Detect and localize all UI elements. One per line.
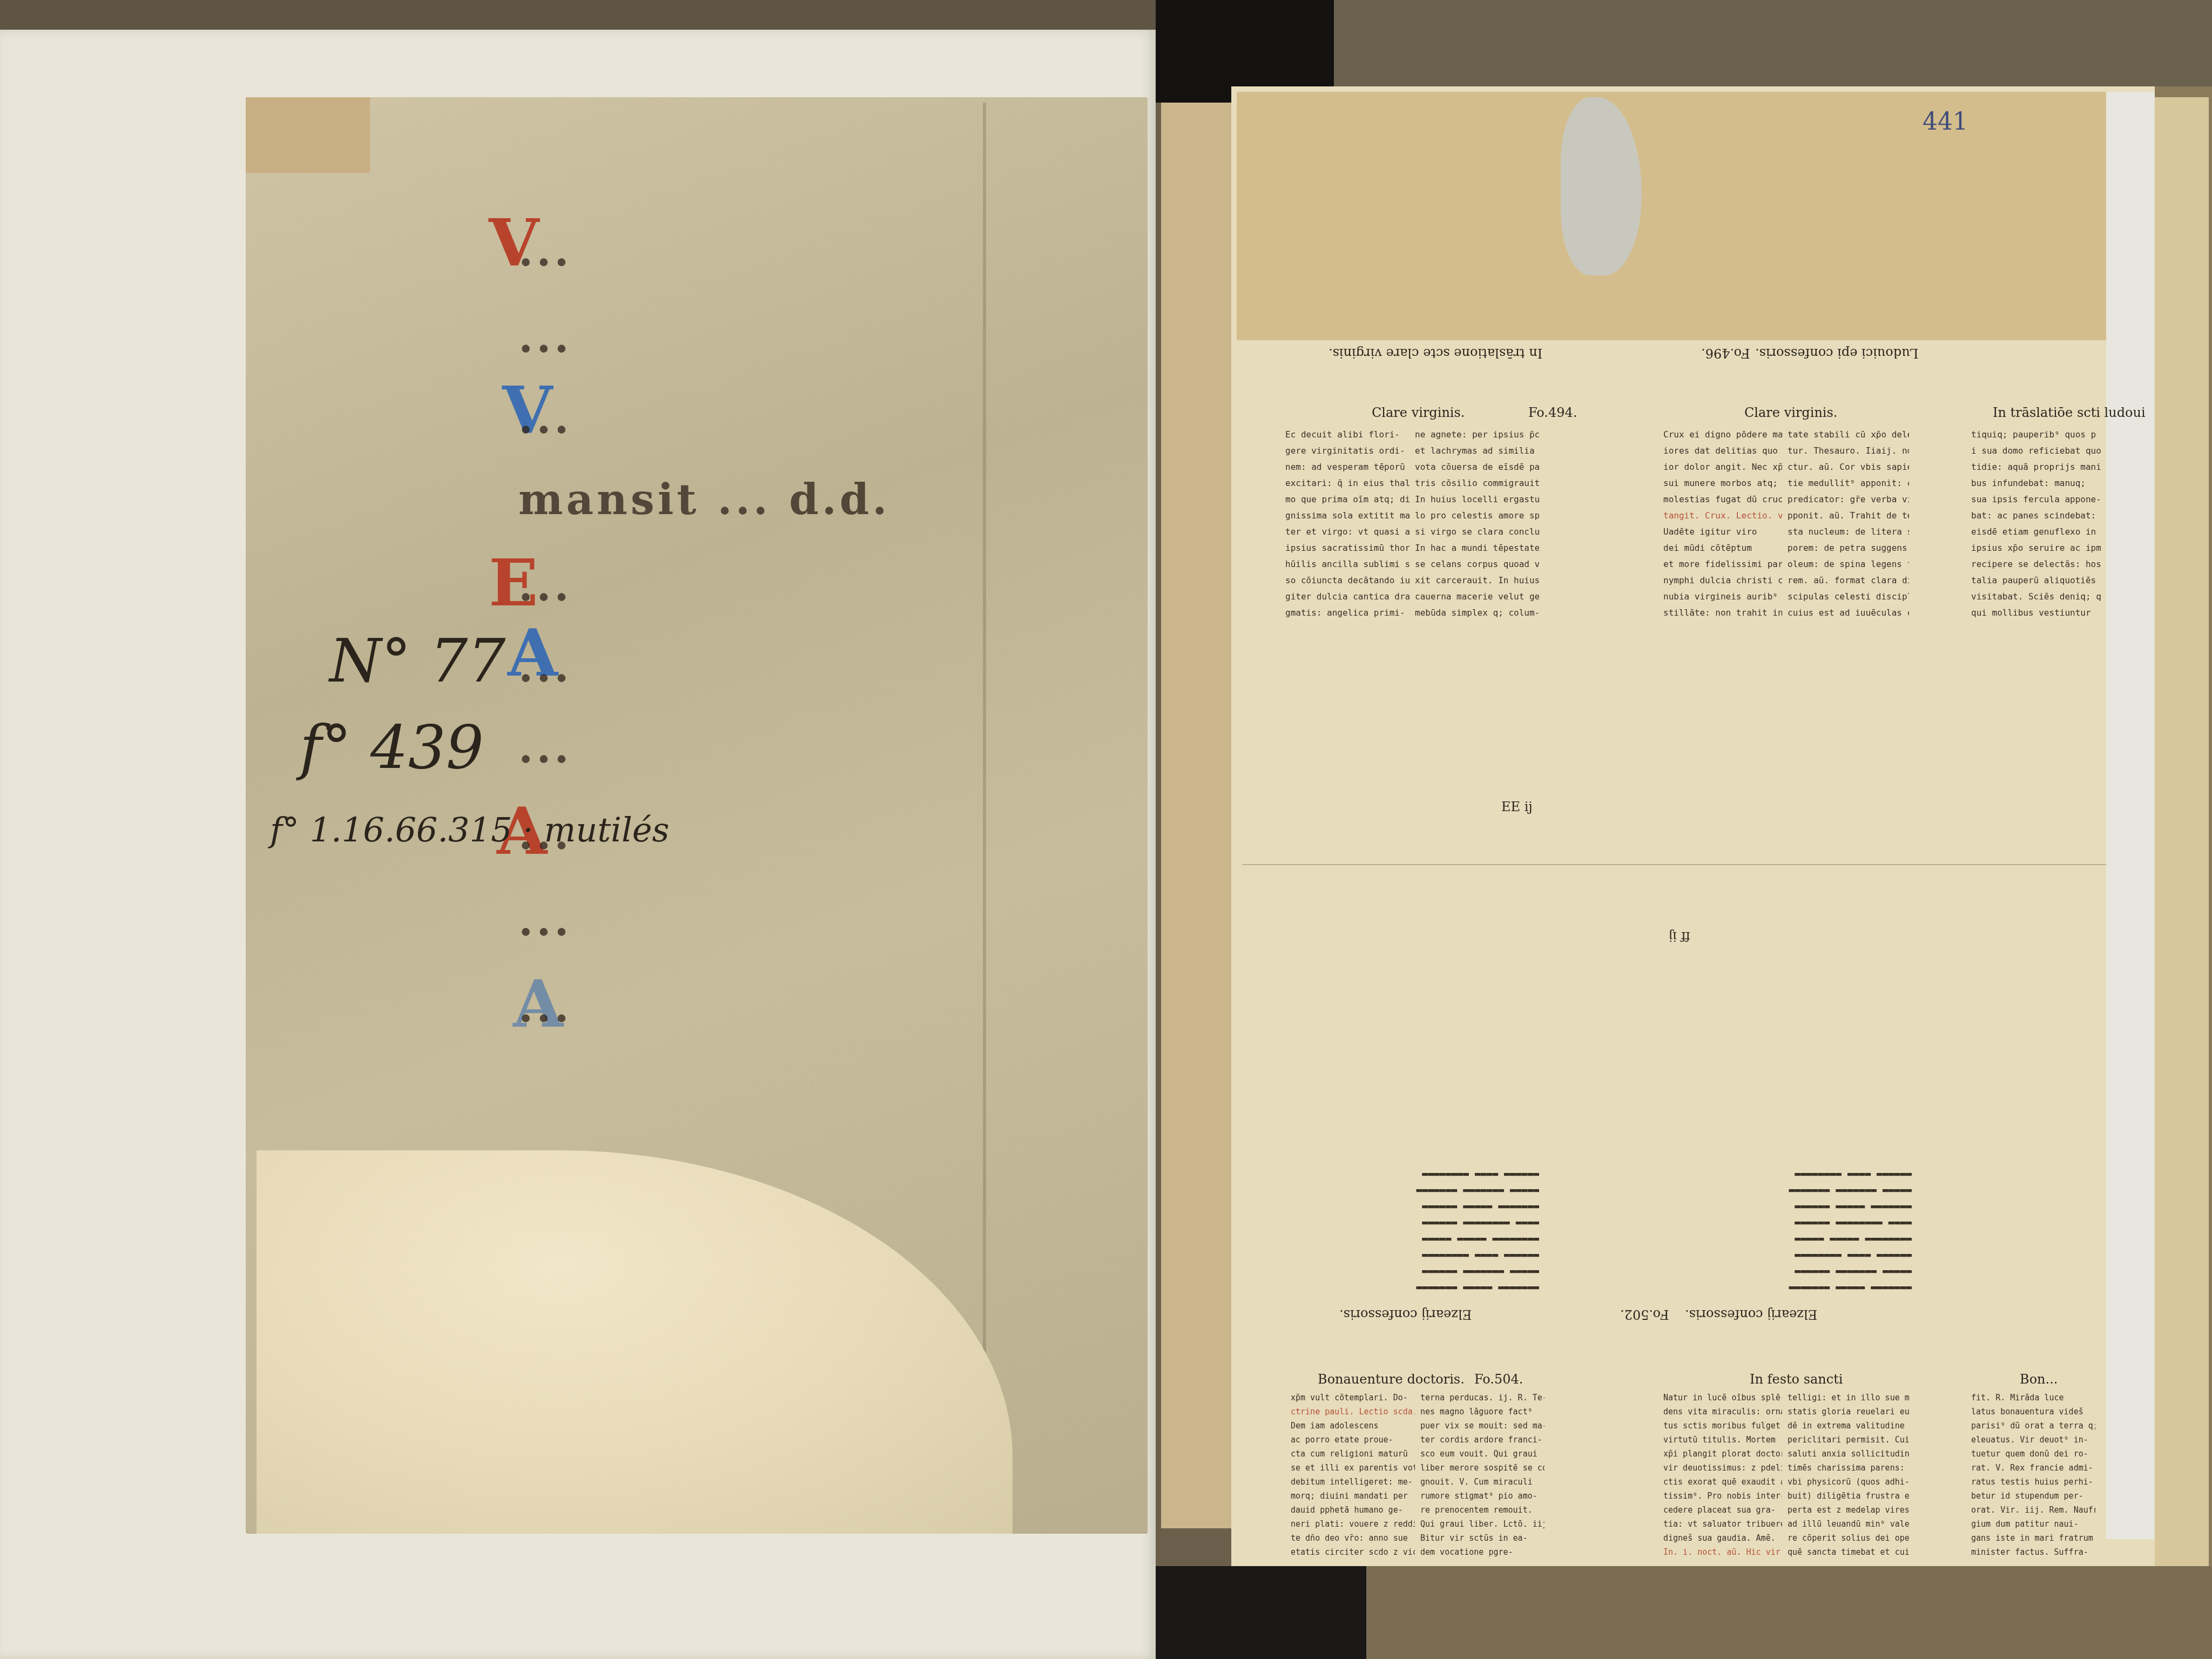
folio-number: Fo.494.: [1528, 405, 1577, 420]
annotation-folio-list: f° 1.16.66.315 · mutilés: [270, 810, 669, 849]
folio-number: Fo.502.: [1620, 1307, 1669, 1322]
manuscript-line: ...: [518, 643, 1134, 686]
text-column: ne agnete: per ipsius p̄ces et lachrymas…: [1415, 427, 1539, 805]
felt-background-top: [0, 0, 1188, 32]
folio-number: Fo.496.: [1701, 346, 1750, 361]
signature-mark: EE ij: [1501, 799, 1533, 814]
manuscript-line: ...: [518, 313, 1134, 356]
text-column: tiquiq; pauperib⁹ quos p i sua domo refi…: [1971, 427, 2101, 805]
running-header: Ludouici epi confessoris.: [1755, 346, 1919, 361]
upper-printed-fragment: [1237, 92, 2106, 340]
running-header: Elzearij confessoris.: [1339, 1307, 1472, 1322]
running-header: In trāslatiōe scti ludoui: [1993, 405, 2146, 420]
manuscript-line: ...: [518, 227, 1134, 270]
manuscript-line: ...: [518, 394, 1134, 437]
handwritten-folio-number: 441: [1923, 108, 1968, 136]
upside-down-text-block: ▬▬▬▬▬▬▬ ▬▬▬▬▬ ▬▬▬▬▬▬▬ ▬▬▬▬▬ ▬▬▬▬▬▬▬ ▬▬▬▬…: [1285, 940, 1539, 1296]
text-column: telligi: et in illo sue maie- statis glo…: [1788, 1391, 1909, 1569]
running-header: In festo sancti: [1750, 1372, 1843, 1387]
manuscript-line: ...: [518, 724, 1134, 767]
manuscript-line: mansit ... d.d.: [518, 475, 1134, 518]
running-header: Clare virginis.: [1372, 405, 1465, 420]
text-column: tate stabili cū xp̄o delecta tur. Thesau…: [1788, 427, 1909, 805]
board-edge: [2155, 97, 2209, 1566]
fold-line: [1242, 864, 2106, 865]
manuscript-repair-tab: [246, 97, 370, 173]
text-column: fit. R. Mirāda luce latus bonauentura vi…: [1971, 1391, 2095, 1569]
text-column: terna perducas. ij. R. Te- nes magno lāg…: [1420, 1391, 1545, 1569]
upside-down-text-block: ▬▬▬▬▬▬▬ ▬▬▬▬▬ ▬▬▬▬▬▬▬ ▬▬▬▬▬ ▬▬▬▬▬▬▬ ▬▬▬▬…: [1658, 940, 1912, 1296]
text-column: Natur in lucē oībus splē- dens vita mira…: [1663, 1391, 1782, 1569]
spine-waste-strip: [1161, 103, 1231, 1528]
manuscript-line: ...: [518, 896, 1134, 940]
manuscript-line: ...: [518, 562, 1134, 605]
running-header: Bonauenture doctoris.: [1318, 1372, 1465, 1387]
running-header: Bon...: [2020, 1372, 2058, 1387]
running-header: Clare virginis.: [1744, 405, 1837, 420]
blank-flyleaf-strip: [2106, 92, 2155, 1539]
annotation-number: N° 77: [329, 626, 505, 696]
running-header: Elzearij confessoris.: [1685, 1307, 1817, 1322]
text-column: xp̄m vult cōtemplari. Do- ctrine pauli. …: [1291, 1391, 1415, 1569]
text-column: Crux ei digno pōdere ma- iores dat delit…: [1663, 427, 1782, 805]
text-column: Ec decuit alibi flori- gere virginitatis…: [1285, 427, 1410, 805]
running-header: In trāslatione scte clare virginis.: [1328, 346, 1542, 361]
annotation-folio: f° 439: [300, 713, 484, 782]
binding-gap-bottom: [1150, 1566, 1366, 1659]
folio-number: Fo.504.: [1474, 1372, 1523, 1387]
felt-background-bottom: [1366, 1566, 2212, 1659]
manuscript-line: ...: [518, 983, 1134, 1026]
felt-background-top-right: [1334, 0, 2212, 86]
